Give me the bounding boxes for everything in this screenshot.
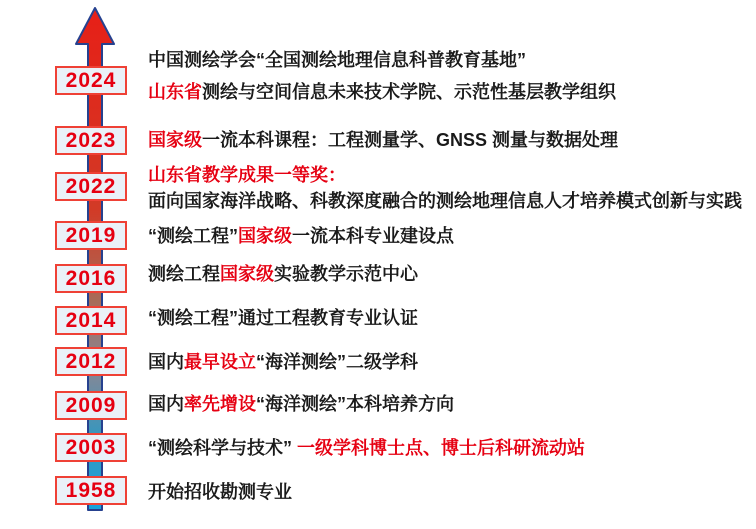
text-segment-black: 中国测绘学会“全国测绘地理信息科普教育基地” (148, 50, 526, 70)
text-segment-red: 一级学科博士点、博士后科研流动站 (297, 438, 585, 458)
text-segment-red: 山东省 (148, 82, 202, 102)
milestone-line-2024-2: 山东省测绘与空间信息未来技术学院、示范性基层教学组织 (148, 80, 616, 104)
milestone-line-2014: “测绘工程”通过工程教育专业认证 (148, 306, 418, 330)
year-box-2014: 2014 (55, 306, 127, 335)
text-segment-black: “海洋测绘”二级学科 (256, 352, 418, 372)
milestones-timeline: 2024202320222019201620142012200920031958… (0, 0, 756, 529)
text-segment-black: 一流本科课程：工程测量学、GNSS 测量与数据处理 (202, 130, 618, 150)
text-segment-red: 最早设立 (184, 352, 256, 372)
year-box-2003: 2003 (55, 433, 127, 462)
text-segment-black: “海洋测绘”本科培养方向 (256, 394, 454, 414)
text-segment-black: “测绘工程”通过工程教育专业认证 (148, 308, 418, 328)
year-box-1958: 1958 (55, 476, 127, 505)
milestone-line-2016: 测绘工程国家级实验教学示范中心 (148, 262, 418, 286)
text-segment-black: 国内 (148, 352, 184, 372)
text-segment-black: 一流本科专业建设点 (292, 226, 454, 246)
year-box-2024: 2024 (55, 66, 127, 95)
milestone-line-2012: 国内最早设立“海洋测绘”二级学科 (148, 350, 418, 374)
text-segment-red: 国家级 (220, 264, 274, 284)
text-segment-red: 国家级 (148, 130, 202, 150)
year-box-2022: 2022 (55, 172, 127, 201)
text-segment-red: 率先增设 (184, 394, 256, 414)
year-box-2012: 2012 (55, 347, 127, 376)
text-segment-black: 测绘与空间信息未来技术学院、示范性基层教学组织 (202, 82, 616, 102)
milestone-line-2024-1: 中国测绘学会“全国测绘地理信息科普教育基地” (148, 48, 526, 72)
text-segment-black: “测绘科学与技术” (148, 438, 297, 458)
milestone-line-2023: 国家级一流本科课程：工程测量学、GNSS 测量与数据处理 (148, 128, 618, 152)
text-segment-black: 面向国家海洋战略、科教深度融合的测绘地理信息人才培养模式创新与实践 (148, 191, 742, 211)
milestone-line-2003: “测绘科学与技术” 一级学科博士点、博士后科研流动站 (148, 436, 585, 460)
text-segment-red: 国家级 (238, 226, 292, 246)
text-segment-black: 国内 (148, 394, 184, 414)
text-segment-red: 山东省教学成果一等奖： (148, 165, 346, 185)
year-box-2019: 2019 (55, 221, 127, 250)
year-box-2023: 2023 (55, 126, 127, 155)
year-box-2016: 2016 (55, 264, 127, 293)
milestone-line-1958: 开始招收勘测专业 (148, 480, 292, 504)
text-segment-black: “测绘工程” (148, 226, 238, 246)
milestone-line-2019: “测绘工程”国家级一流本科专业建设点 (148, 224, 454, 248)
text-segment-black: 实验教学示范中心 (274, 264, 418, 284)
milestone-line-2022-2: 面向国家海洋战略、科教深度融合的测绘地理信息人才培养模式创新与实践 (148, 189, 742, 213)
text-segment-black: 开始招收勘测专业 (148, 482, 292, 502)
milestone-line-2009: 国内率先增设“海洋测绘”本科培养方向 (148, 392, 454, 416)
milestone-line-2022-1: 山东省教学成果一等奖： (148, 163, 346, 187)
text-segment-black: 测绘工程 (148, 264, 220, 284)
year-box-2009: 2009 (55, 391, 127, 420)
